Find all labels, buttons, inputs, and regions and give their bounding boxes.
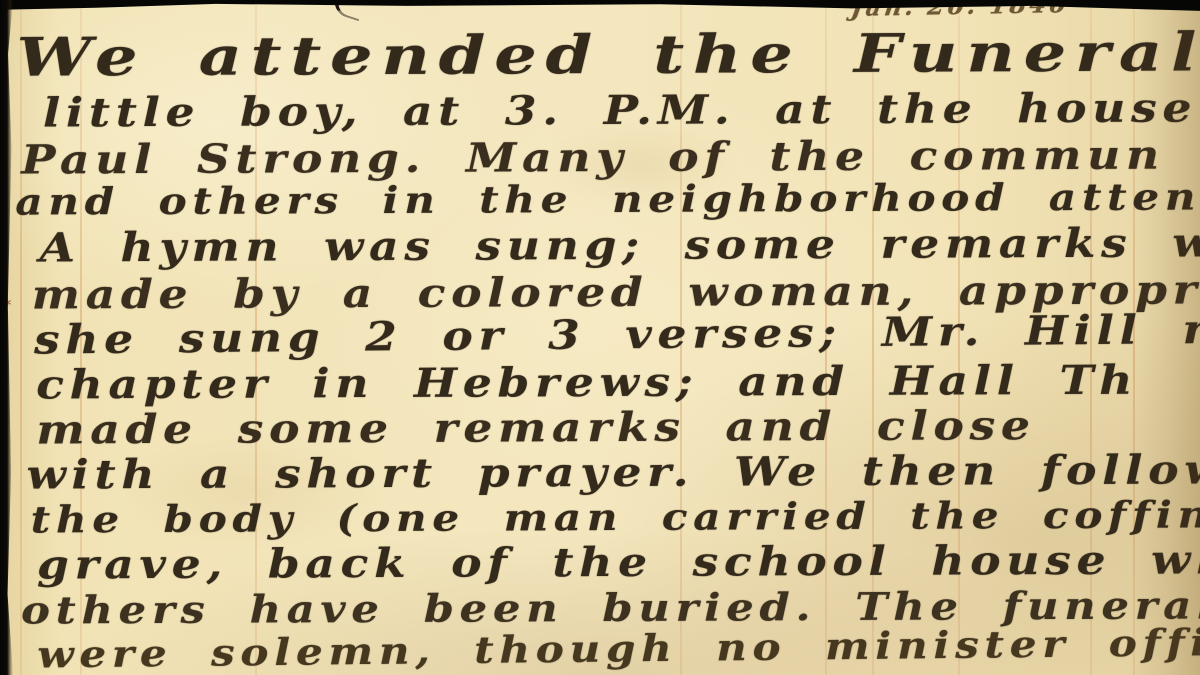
handwriting-line: made some remarks and close [36,402,1200,453]
handwriting-line: little boy, at 3. P.M. at the house of [43,85,1200,136]
handwriting-line: and others in the neighborhood attend [15,174,1200,225]
manuscript-text: We attended the Funeral of Hall little b… [13,23,1200,675]
scan-edge-left [0,0,13,675]
handwriting-line: A hymn was sung; some remarks we [39,220,1200,271]
handwriting-line: chapter in Hebrews; and Hall Th [36,357,1200,408]
manuscript-page: Jan. 26. 1846 We attended the Funeral of… [0,0,1200,675]
handwriting-line: We attended the Funeral of Hall [17,22,1200,92]
handwriting-line: the body (one man carried the coffin) to… [31,492,1200,543]
handwriting-line: with a short prayer. We then follow [26,447,1200,498]
handwriting-line: grave, back of the school house where so [37,537,1200,588]
page-right-shadow [1130,0,1200,675]
handwriting-line: she sung 2 or 3 verses; Mr. Hill read [34,306,1200,363]
